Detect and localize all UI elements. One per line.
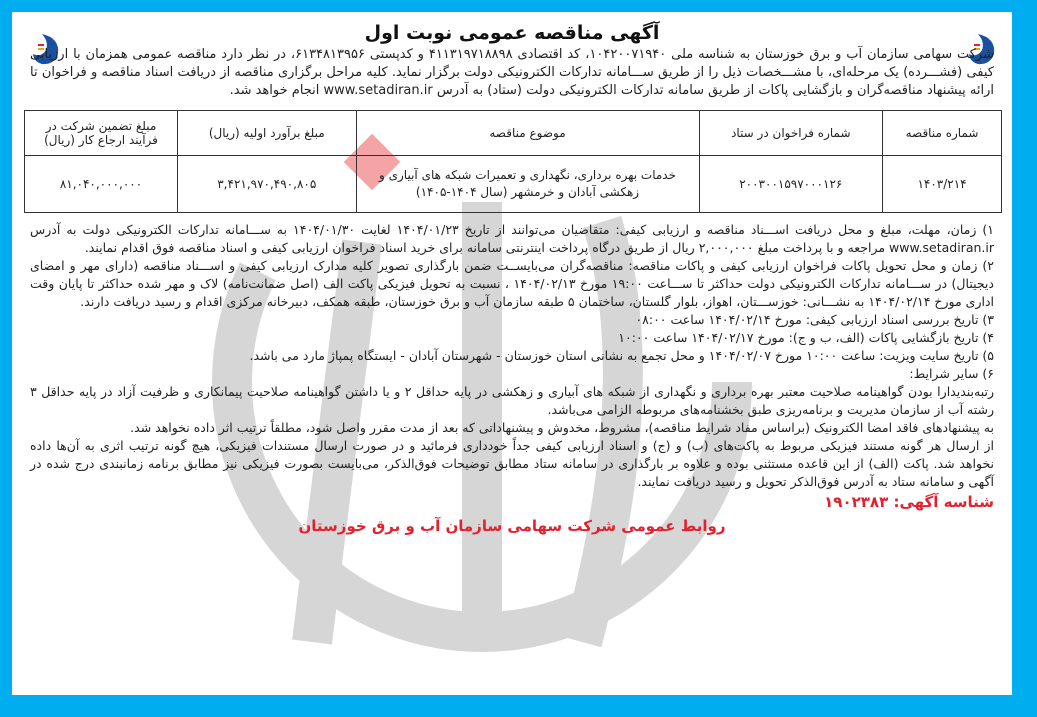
- cell-setad-call-number: ۲۰۰۳۰۰۱۵۹۷۰۰۰۱۲۶: [699, 156, 883, 213]
- header-initial-estimate: مبلغ برآورد اولیه (ریال): [178, 111, 357, 156]
- intro-paragraph: شرکت سهامی سازمان آب و برق خوزستان به شن…: [30, 46, 994, 100]
- condition-invalid-bids: به پیشنهادهای فاقد امضا الکترونیک (براسا…: [30, 419, 994, 437]
- tender-table: شماره مناقصه شماره فراخوان در ستاد موضوع…: [24, 110, 1002, 213]
- header-setad-call-number: شماره فراخوان در ستاد: [699, 111, 883, 156]
- terms-section: ۱) زمان، مهلت، مبلغ و محل دریافت اســـنا…: [30, 221, 994, 491]
- term-5-site-visit: ۵) تاریخ سایت ویزیت: ساعت ۱۰:۰۰ مورخ ۱۴۰…: [30, 347, 994, 365]
- table-header-row: شماره مناقصه شماره فراخوان در ستاد موضوع…: [25, 111, 1002, 156]
- footer-public-relations: روابط عمومی شرکت سهامی سازمان آب و برق خ…: [22, 517, 1002, 535]
- cell-guarantee-amount: ۸۱,۰۴۰,۰۰۰,۰۰۰: [25, 156, 178, 213]
- table-row: ۱۴۰۳/۲۱۴ ۲۰۰۳۰۰۱۵۹۷۰۰۰۱۲۶ خدمات بهره برد…: [25, 156, 1002, 213]
- advertisement-content: آگهی مناقصه عمومی نوبت اول شرکت سهامی سا…: [12, 12, 1012, 535]
- ad-identifier: شناسه آگهی: ۱۹۰۲۳۸۳: [30, 493, 994, 511]
- condition-qualification: رتبه‌بندیدارا بودن گواهینامه صلاحیت معتب…: [30, 383, 994, 419]
- term-1-documents: ۱) زمان، مهلت، مبلغ و محل دریافت اســـنا…: [30, 221, 994, 257]
- advertisement-frame: آگهی مناقصه عمومی نوبت اول شرکت سهامی سا…: [12, 12, 1012, 695]
- cell-tender-number: ۱۴۰۳/۲۱۴: [883, 156, 1002, 213]
- term-3-evaluation-date: ۳) تاریخ بررسی اسناد ارزیابی کیفی: مورخ …: [30, 311, 994, 329]
- cell-initial-estimate: ۳,۴۲۱,۹۷۰,۴۹۰,۸۰۵: [178, 156, 357, 213]
- condition-physical-docs: از ارسال هر گونه مستند فیزیکی مربوط به پ…: [30, 437, 994, 491]
- cell-subject: خدمات بهره برداری، نگهداری و تعمیرات شبک…: [356, 156, 699, 213]
- term-4-opening-date: ۴) تاریخ بازگشایی پاکات (الف، ب و ج): مو…: [30, 329, 994, 347]
- term-2-submission: ۲) زمان و محل تحویل پاکات فراخوان ارزیاب…: [30, 257, 994, 311]
- term-6-other-conditions: ۶) سایر شرایط:: [30, 365, 994, 383]
- page-title: آگهی مناقصه عمومی نوبت اول: [22, 22, 1002, 44]
- header-guarantee-amount: مبلغ تضمین شرکت در فرآیند ارجاع کار (ریا…: [25, 111, 178, 156]
- header-tender-number: شماره مناقصه: [883, 111, 1002, 156]
- header-subject: موضوع مناقصه: [356, 111, 699, 156]
